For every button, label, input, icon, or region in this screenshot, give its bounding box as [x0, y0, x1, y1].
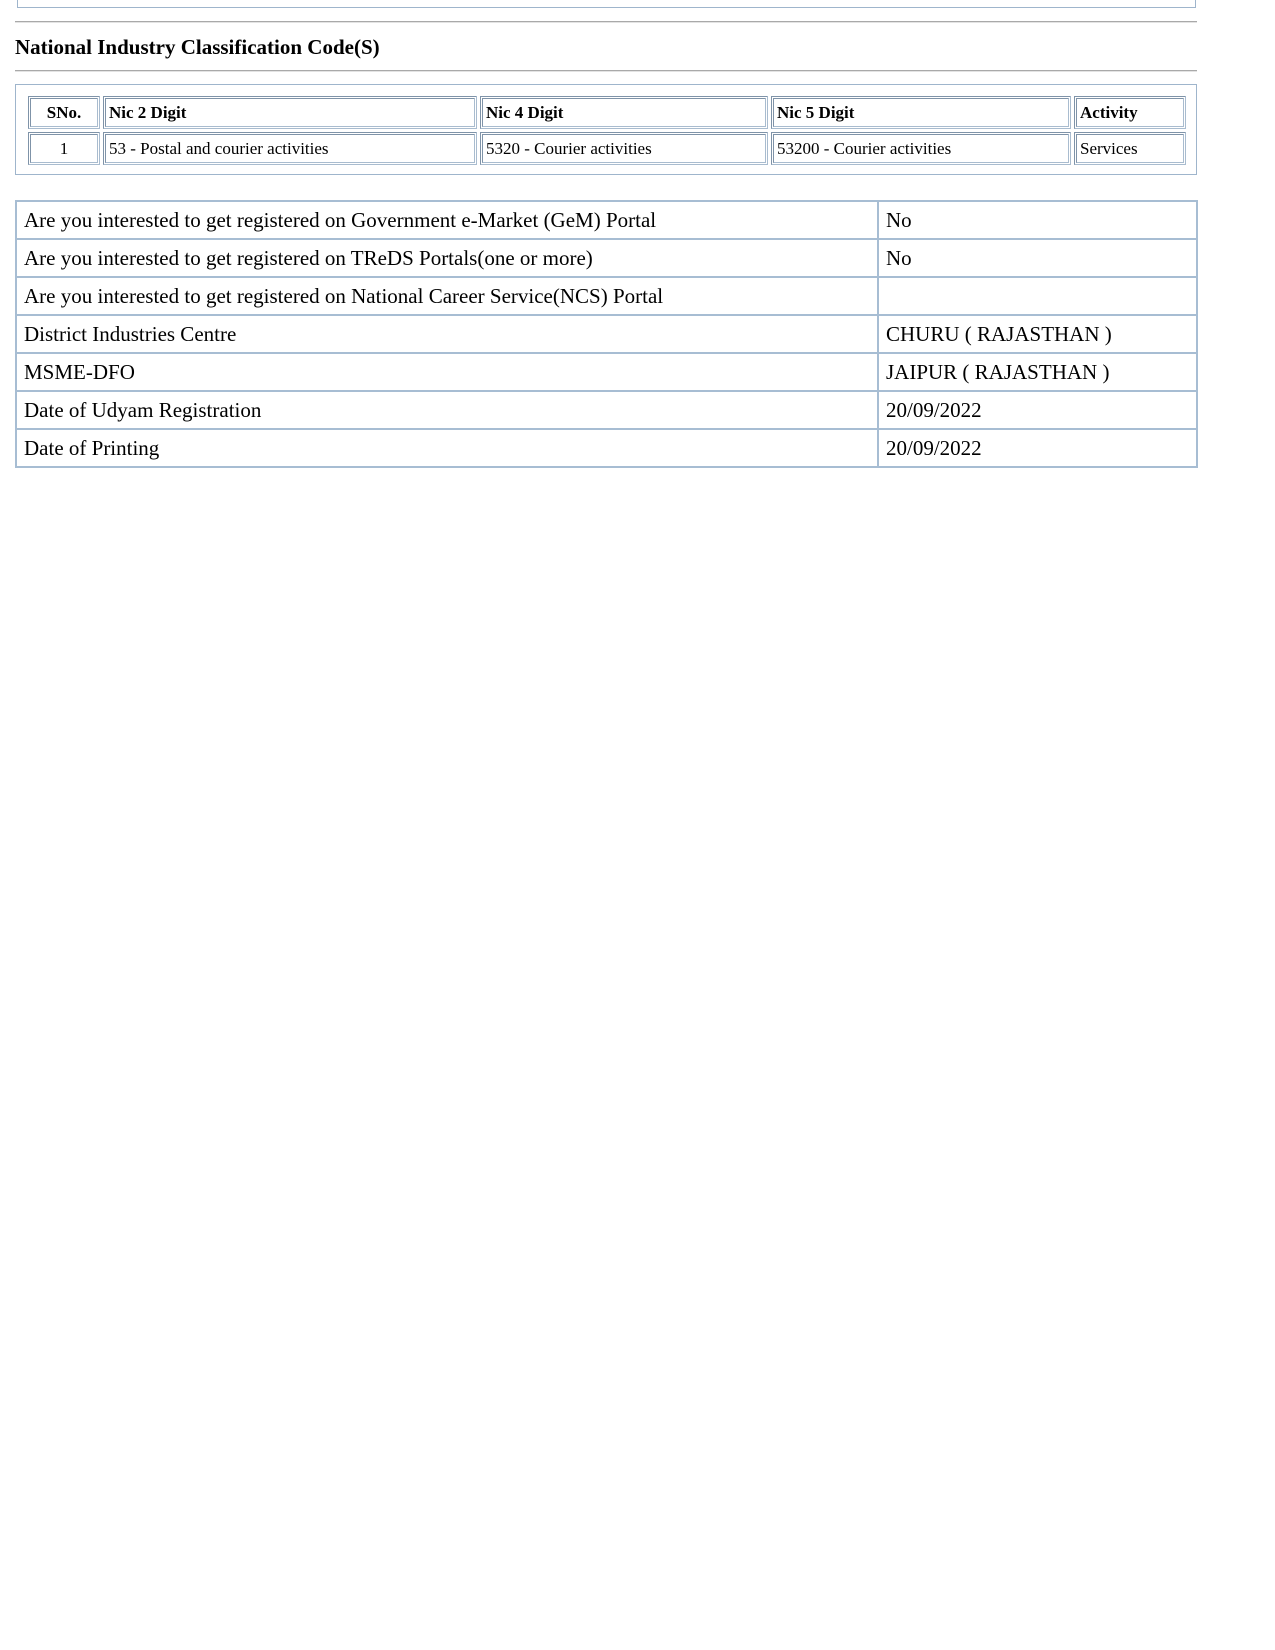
- header-activity: Activity: [1074, 96, 1186, 129]
- header-nic2: Nic 2 Digit: [103, 96, 477, 129]
- cell-sno: 1: [28, 132, 100, 165]
- table-row: Date of Printing 20/09/2022: [16, 429, 1197, 467]
- table-row: Are you interested to get registered on …: [16, 277, 1197, 315]
- msme-dfo-value: JAIPUR ( RAJASTHAN ): [878, 353, 1197, 391]
- section-title: National Industry Classification Code(S): [15, 35, 380, 60]
- printing-date-label: Date of Printing: [16, 429, 878, 467]
- header-sno: SNo.: [28, 96, 100, 129]
- msme-dfo-label: MSME-DFO: [16, 353, 878, 391]
- divider-bottom: [15, 70, 1197, 72]
- table-row: Date of Udyam Registration 20/09/2022: [16, 391, 1197, 429]
- printing-date-value: 20/09/2022: [878, 429, 1197, 467]
- dic-label: District Industries Centre: [16, 315, 878, 353]
- gem-portal-label: Are you interested to get registered on …: [16, 201, 878, 239]
- ncs-portal-label: Are you interested to get registered on …: [16, 277, 878, 315]
- gem-portal-value: No: [878, 201, 1197, 239]
- divider-top: [15, 21, 1197, 23]
- nic-table: SNo. Nic 2 Digit Nic 4 Digit Nic 5 Digit…: [25, 93, 1189, 168]
- header-nic5: Nic 5 Digit: [771, 96, 1071, 129]
- registration-info-table: Are you interested to get registered on …: [15, 200, 1198, 468]
- table-row: 1 53 - Postal and courier activities 532…: [28, 132, 1186, 165]
- table-row: Are you interested to get registered on …: [16, 201, 1197, 239]
- ncs-portal-value: [878, 277, 1197, 315]
- header-nic4: Nic 4 Digit: [480, 96, 768, 129]
- treds-portal-value: No: [878, 239, 1197, 277]
- nic-table-header: SNo. Nic 2 Digit Nic 4 Digit Nic 5 Digit…: [28, 96, 1186, 129]
- table-row: District Industries Centre CHURU ( RAJAS…: [16, 315, 1197, 353]
- table-row: Are you interested to get registered on …: [16, 239, 1197, 277]
- registration-date-value: 20/09/2022: [878, 391, 1197, 429]
- dic-value: CHURU ( RAJASTHAN ): [878, 315, 1197, 353]
- cell-activity: Services: [1074, 132, 1186, 165]
- treds-portal-label: Are you interested to get registered on …: [16, 239, 878, 277]
- table-row: MSME-DFO JAIPUR ( RAJASTHAN ): [16, 353, 1197, 391]
- cell-nic4: 5320 - Courier activities: [480, 132, 768, 165]
- nic-table-container: SNo. Nic 2 Digit Nic 4 Digit Nic 5 Digit…: [15, 84, 1197, 175]
- cell-nic5: 53200 - Courier activities: [771, 132, 1071, 165]
- cell-nic2: 53 - Postal and courier activities: [103, 132, 477, 165]
- registration-date-label: Date of Udyam Registration: [16, 391, 878, 429]
- previous-section-box: [17, 0, 1196, 8]
